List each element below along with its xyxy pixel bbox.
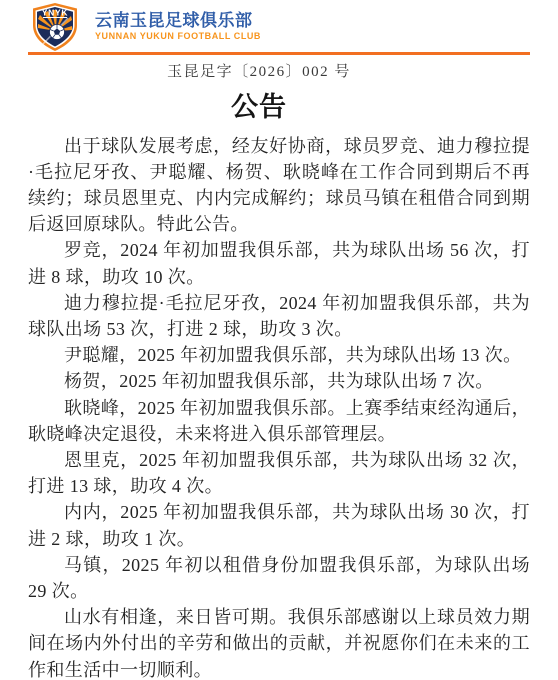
document-number: 玉昆足字〔2026〕002 号 [0,62,558,83]
announcement-page: YNYK 云南玉昆足球俱乐部 YUNNAN YUKUN FOOTBALL CLU… [0,0,558,680]
club-crest-icon: YNYK [27,2,83,52]
club-logo: YNYK [27,2,83,52]
announcement-paragraph: 山水有相逢，来日皆可期。我俱乐部感谢以上球员效力期间在场内外付出的辛劳和做出的贡… [28,604,530,680]
document-title: 公告 [0,91,558,123]
announcement-paragraph: 罗竞，2024 年初加盟我俱乐部，共为球队出场 56 次，打进 8 球，助攻 1… [28,237,530,289]
announcement-paragraph: 内内，2025 年初加盟我俱乐部，共为球队出场 30 次，打进 2 球，助攻 1… [28,499,530,551]
letterhead: YNYK 云南玉昆足球俱乐部 YUNNAN YUKUN FOOTBALL CLU… [0,0,558,52]
announcement-paragraph: 恩里克，2025 年初加盟我俱乐部，共为球队出场 32 次，打进 13 球，助攻… [28,447,530,499]
club-names: 云南玉昆足球俱乐部 YUNNAN YUKUN FOOTBALL CLUB [95,12,261,41]
announcement-paragraph: 出于球队发展考虑，经友好协商，球员罗竞、迪力穆拉提·毛拉尼牙孜、尹聪耀、杨贺、耿… [28,133,530,238]
letterhead-divider [28,52,530,55]
club-name-en: YUNNAN YUKUN FOOTBALL CLUB [95,32,261,41]
logo-monogram: YNYK [42,8,69,18]
football-icon [50,25,65,40]
announcement-body: 出于球队发展考虑，经友好协商，球员罗竞、迪力穆拉提·毛拉尼牙孜、尹聪耀、杨贺、耿… [28,133,530,680]
announcement-paragraph: 尹聪耀，2025 年初加盟我俱乐部，共为球队出场 13 次。 [28,342,530,368]
club-name-cn: 云南玉昆足球俱乐部 [95,12,261,29]
announcement-paragraph: 耿晓峰，2025 年初加盟我俱乐部。上赛季结束经沟通后，耿晓峰决定退役，未来将进… [28,395,530,447]
announcement-paragraph: 迪力穆拉提·毛拉尼牙孜，2024 年初加盟我俱乐部，共为球队出场 53 次，打进… [28,290,530,342]
announcement-paragraph: 杨贺，2025 年初加盟我俱乐部，共为球队出场 7 次。 [28,368,530,394]
announcement-paragraph: 马镇，2025 年初以租借身份加盟我俱乐部，为球队出场 29 次。 [28,552,530,604]
